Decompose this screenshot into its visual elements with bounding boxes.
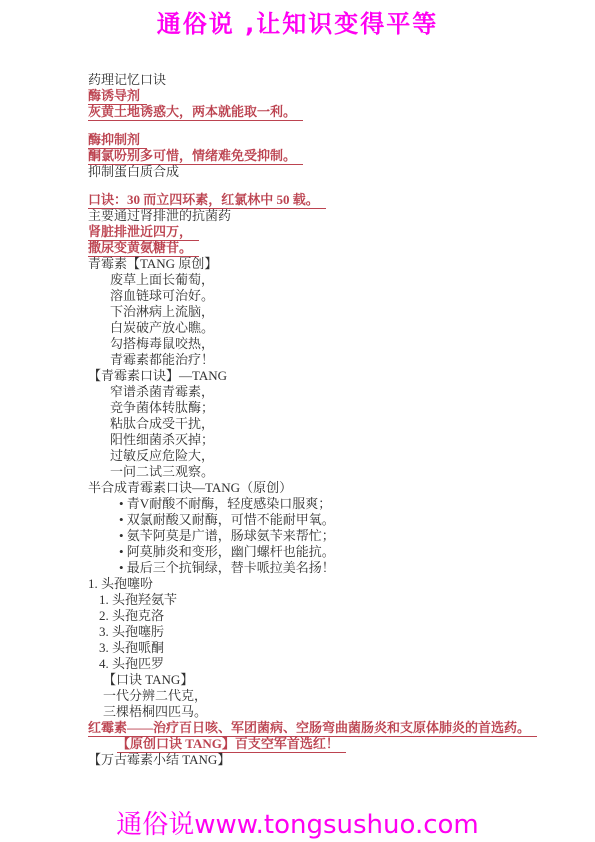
- doc-line-text: 废草上面长葡萄，: [110, 272, 214, 287]
- doc-line-text: 撒尿变黄氨糖苷。: [88, 240, 199, 257]
- doc-line: • 阿莫肺炎和变形，幽门螺杆也能抗。: [88, 544, 585, 560]
- doc-line-text: 酮氯吩别多可惜，情绪难免受抑制。: [88, 148, 303, 165]
- doc-line-text: 粘肽合成受干扰，: [110, 416, 214, 431]
- doc-line-text: 白炭破产放心瞧。: [110, 320, 214, 335]
- doc-line-text: • 双氯耐酸又耐酶，可惜不能耐甲氧。: [119, 512, 335, 527]
- doc-line: 过敏反应危险大，: [88, 448, 585, 464]
- doc-line: 阳性细菌杀灭掉；: [88, 432, 585, 448]
- doc-line-text: 酶诱导剂: [88, 88, 147, 105]
- doc-line: 【青霉素口诀】—TANG: [88, 368, 585, 384]
- doc-line-text: 【万古霉素小结 TANG】: [88, 752, 230, 767]
- doc-line-text: 药理记忆口诀: [88, 72, 166, 87]
- doc-line: 三棵梧桐四匹马。: [88, 704, 585, 720]
- doc-line-text: 1. 头孢羟氨苄: [99, 592, 177, 607]
- doc-line-text: 勾搭梅毒鼠咬热，: [110, 336, 214, 351]
- doc-line-text: 2. 头孢克洛: [99, 608, 164, 623]
- doc-line-text: 阳性细菌杀灭掉；: [110, 432, 214, 447]
- doc-line: 口诀：30 而立四环素，红氯林中 50 载。: [88, 192, 585, 208]
- doc-line-text: 青霉素【TANG 原创】: [88, 256, 217, 271]
- doc-line: 1. 头孢噻吩: [88, 576, 585, 592]
- doc-line: 竞争菌体转肽酶；: [88, 400, 585, 416]
- doc-line-text: 红霉素——治疗百日咳、军团菌病、空肠弯曲菌肠炎和支原体肺炎的首选药。: [88, 720, 537, 737]
- doc-line-text: 口诀：30 而立四环素，红氯林中 50 载。: [88, 192, 326, 209]
- doc-line: • 最后三个抗铜绿，替卡哌拉美名扬！: [88, 560, 585, 576]
- doc-line: 3. 头孢噻肟: [88, 624, 585, 640]
- doc-line-text: 3. 头孢噻肟: [99, 624, 164, 639]
- footer-site-url: 通俗说www.tongsushuo.com: [0, 804, 595, 841]
- doc-line: • 氨苄阿莫是广谱，肠球氨苄来帮忙；: [88, 528, 585, 544]
- doc-line: 【原创口诀 TANG】百支空军首选红！: [88, 736, 585, 752]
- doc-line: 一问二试三观察。: [88, 464, 585, 480]
- doc-line: 白炭破产放心瞧。: [88, 320, 585, 336]
- document-body: 药理记忆口诀酶诱导剂灰黄土地诱惑大，两本就能取一利。酶抑制剂酮氯吩别多可惜，情绪…: [88, 72, 585, 768]
- doc-line: 粘肽合成受干扰，: [88, 416, 585, 432]
- doc-line-text: 三棵梧桐四匹马。: [103, 704, 207, 719]
- doc-line-text: 一代分辨二代克，: [103, 688, 207, 703]
- doc-line-text: 灰黄土地诱惑大，两本就能取一利。: [88, 104, 303, 121]
- doc-line: 溶血链球可治好。: [88, 288, 585, 304]
- doc-line: 酶诱导剂: [88, 88, 585, 104]
- doc-line-text: 4. 头孢匹罗: [99, 656, 164, 671]
- doc-line: 1. 头孢羟氨苄: [88, 592, 585, 608]
- doc-line: 勾搭梅毒鼠咬热，: [88, 336, 585, 352]
- doc-line: 【万古霉素小结 TANG】: [88, 752, 585, 768]
- doc-line: 废草上面长葡萄，: [88, 272, 585, 288]
- blank-line: [88, 180, 585, 192]
- blank-line: [88, 120, 585, 132]
- doc-line-text: • 最后三个抗铜绿，替卡哌拉美名扬！: [119, 560, 335, 575]
- doc-line: • 双氯耐酸又耐酶，可惜不能耐甲氧。: [88, 512, 585, 528]
- doc-line-text: 3. 头孢哌酮: [99, 640, 164, 655]
- doc-line-text: 过敏反应危险大，: [110, 448, 214, 463]
- doc-line: 【口诀 TANG】: [88, 672, 585, 688]
- doc-line-text: 溶血链球可治好。: [110, 288, 214, 303]
- doc-line-text: 窄谱杀菌青霉素，: [110, 384, 214, 399]
- doc-line: 下治淋病上流脑，: [88, 304, 585, 320]
- doc-line: • 青V耐酸不耐酶，轻度感染口服爽；: [88, 496, 585, 512]
- doc-line: 撒尿变黄氨糖苷。: [88, 240, 585, 256]
- doc-line: 药理记忆口诀: [88, 72, 585, 88]
- doc-line: 灰黄土地诱惑大，两本就能取一利。: [88, 104, 585, 120]
- doc-line: 3. 头孢哌酮: [88, 640, 585, 656]
- doc-line-text: 半合成青霉素口诀—TANG（原创）: [88, 480, 292, 495]
- doc-line-text: • 氨苄阿莫是广谱，肠球氨苄来帮忙；: [119, 528, 335, 543]
- doc-line-text: 主要通过肾排泄的抗菌药: [88, 208, 231, 223]
- doc-line-text: 酶抑制剂: [88, 132, 147, 149]
- doc-line-text: 青霉素都能治疗！: [110, 352, 214, 367]
- doc-line: 青霉素都能治疗！: [88, 352, 585, 368]
- doc-line-text: 竞争菌体转肽酶；: [110, 400, 214, 415]
- doc-line-text: • 青V耐酸不耐酶，轻度感染口服爽；: [119, 496, 331, 511]
- doc-line-text: 抑制蛋白质合成: [88, 164, 179, 179]
- doc-line: 4. 头孢匹罗: [88, 656, 585, 672]
- doc-line: 一代分辨二代克，: [88, 688, 585, 704]
- doc-line-text: • 阿莫肺炎和变形，幽门螺杆也能抗。: [119, 544, 335, 559]
- doc-line: 酮氯吩别多可惜，情绪难免受抑制。: [88, 148, 585, 164]
- doc-line-text: 【青霉素口诀】—TANG: [88, 368, 227, 383]
- doc-line: 半合成青霉素口诀—TANG（原创）: [88, 480, 585, 496]
- header-slogan: 通俗说 ,让知识变得平等: [0, 4, 595, 39]
- doc-line: 红霉素——治疗百日咳、军团菌病、空肠弯曲菌肠炎和支原体肺炎的首选药。: [88, 720, 585, 736]
- doc-line: 青霉素【TANG 原创】: [88, 256, 585, 272]
- doc-line: 酶抑制剂: [88, 132, 585, 148]
- document-page: 通俗说 ,让知识变得平等 药理记忆口诀酶诱导剂灰黄土地诱惑大，两本就能取一利。酶…: [0, 0, 595, 842]
- doc-line: 肾脏排泄近四万，: [88, 224, 585, 240]
- doc-line: 2. 头孢克洛: [88, 608, 585, 624]
- doc-line: 抑制蛋白质合成: [88, 164, 585, 180]
- doc-line-text: 下治淋病上流脑，: [110, 304, 214, 319]
- doc-line-text: 【原创口诀 TANG】百支空军首选红！: [117, 736, 346, 753]
- doc-line-text: 肾脏排泄近四万，: [88, 224, 199, 241]
- doc-line: 主要通过肾排泄的抗菌药: [88, 208, 585, 224]
- doc-line-text: 一问二试三观察。: [110, 464, 214, 479]
- doc-line-text: 【口诀 TANG】: [103, 672, 193, 687]
- doc-line: 窄谱杀菌青霉素，: [88, 384, 585, 400]
- doc-line-text: 1. 头孢噻吩: [88, 576, 153, 591]
